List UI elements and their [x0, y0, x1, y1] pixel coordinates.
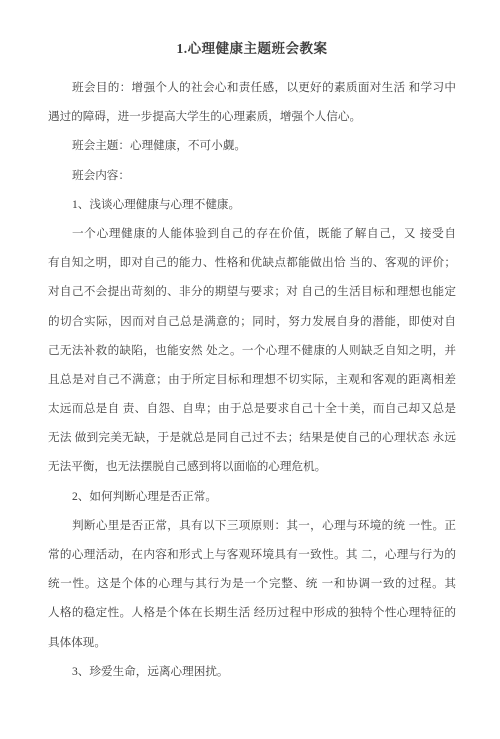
text-line: 对自己不会提出苛刻的、非分的期望与要求；对 自己的生活目标和理想也能定 [48, 277, 456, 306]
text-line: 人格的稳定性。人格是个体在长期生活 经历过程中形成的独特个性心理特征的 [48, 598, 456, 627]
text-line: 己无法补救的缺陷，也能安然 处之。一个心理不健康的人则缺乏自知之明，并 [48, 336, 456, 365]
text-line: 班会目的：增强个人的社会心和责任感，以更好的素质面对生活 和学习中 [48, 73, 456, 102]
text-line: 有自知之明，即对自己的能力、性格和优缺点都能做出恰 当的、客观的评价； [48, 248, 456, 277]
text-line: 常的心理活动，在内容和形式上与客观环境具有一致性。其 二，心理与行为的 [48, 540, 456, 569]
text-line: 太远而总是自 责、自怨、自卑；由于总是要求自己十全十美，而自己却又总是 [48, 394, 456, 423]
document-body: 1.心理健康主题班会教案 班会目的：增强个人的社会心和责任感，以更好的素质面对生… [48, 34, 456, 686]
text-line: 遇过的障碍，进一步提高大学生的心理素质，增强个人信心。 [48, 102, 456, 131]
text-line: 一个心理健康的人能体验到自己的存在价值，既能了解自己，又 接受自己， [48, 219, 456, 248]
text-line: 的切合实际，因而对自己总是满意的；同时，努力发展自身的潜能，即使对自 [48, 307, 456, 336]
document-title: 1.心理健康主题班会教案 [48, 34, 456, 63]
text-line: 无法 做到完美无缺，于是就总是同自己过不去；结果是使自己的心理状态 永远 [48, 423, 456, 452]
text-line: 班会内容： [48, 161, 456, 190]
text-line: 且总是对自己不满意；由于所定目标和理想不切实际，主观和客观的距离相差 [48, 365, 456, 394]
text-line: 3、珍爱生命，远离心理困扰。 [48, 657, 456, 686]
document-page: 1.心理健康主题班会教案 班会目的：增强个人的社会心和责任感，以更好的素质面对生… [0, 0, 500, 739]
text-line: 判断心里是否正常，具有以下三项原则：其一，心理与环境的统 一性。正 [48, 511, 456, 540]
text-line: 班会主题：心理健康，不可小觑。 [48, 131, 456, 160]
text-line: 无法平衡，也无法摆脱自己感到将以面临的心理危机。 [48, 452, 456, 481]
text-line: 具体体现。 [48, 628, 456, 657]
text-line: 统一性。这是个体的心理与其行为是一个完整、统 一和协调一致的过程。其三， [48, 569, 456, 598]
text-line: 1、浅谈心理健康与心理不健康。 [48, 190, 456, 219]
text-line: 2、如何判断心理是否正常。 [48, 482, 456, 511]
